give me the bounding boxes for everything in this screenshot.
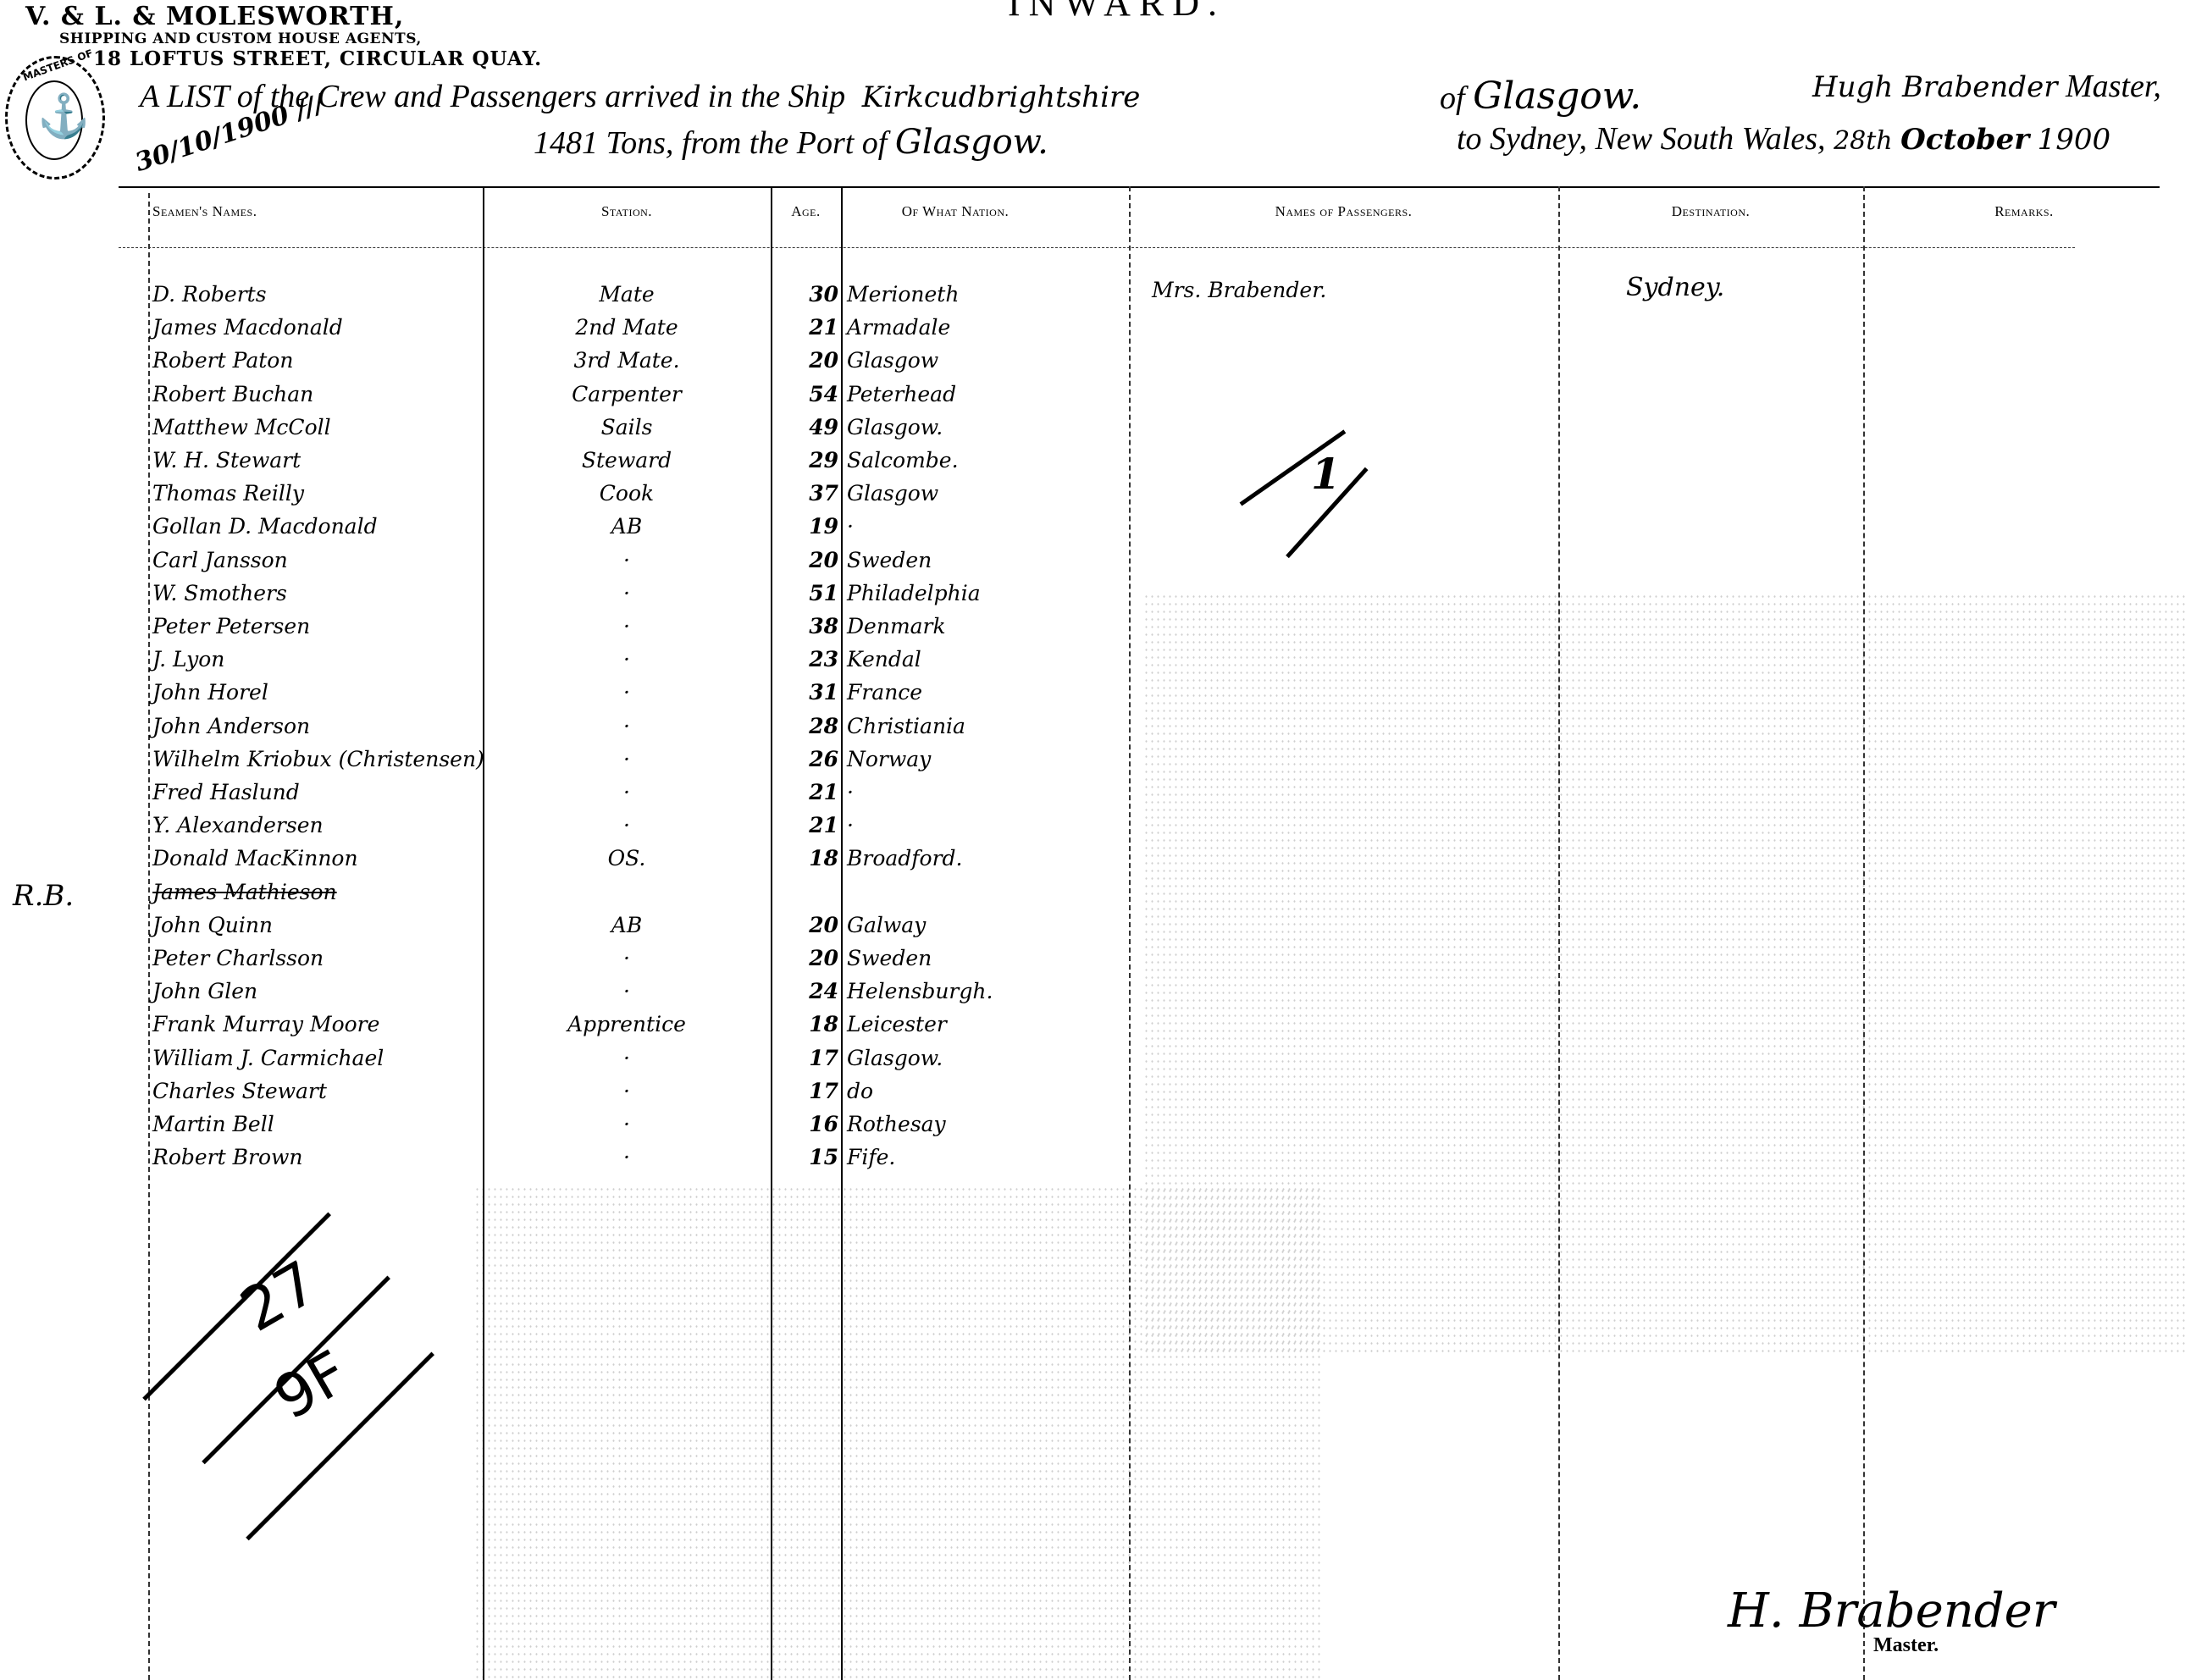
seaman-age: 21 (792, 317, 838, 338)
seaman-station: Mate (542, 284, 711, 305)
seaman-nation: Fife. (847, 1147, 895, 1168)
seaman-station: · (542, 550, 711, 571)
seaman-name: Robert Buchan (152, 384, 313, 405)
seaman-nation: Glasgow (847, 350, 938, 371)
seaman-station: Cook (542, 483, 711, 504)
seaman-name: Frank Murray Moore (152, 1014, 379, 1035)
firm-address: 18 LOFTUS STREET, CIRCULAR QUAY. (93, 47, 542, 70)
arrival-line: to Sydney, New South Wales, 28th October… (1457, 120, 2110, 157)
seaman-station: · (542, 1047, 711, 1069)
seaman-age: 15 (792, 1147, 838, 1168)
master-signature: H. Brabender (1728, 1583, 2055, 1639)
seaman-name: Carl Jansson (152, 550, 288, 571)
seaman-name: Y. Alexandersen (152, 815, 324, 836)
form-heading: INWARD. (1008, 0, 1225, 25)
seaman-age: 54 (792, 384, 838, 405)
seaman-nation: Galway (847, 915, 926, 936)
passenger-destination: Sydney. (1626, 275, 1724, 301)
seaman-name: John Anderson (152, 716, 310, 737)
destination-label: to Sydney, New South Wales, (1457, 121, 1826, 157)
seaman-age: 17 (792, 1080, 838, 1102)
seaman-station: · (542, 716, 711, 737)
seaman-nation: Peterhead (847, 384, 956, 405)
departure-port: Glasgow. (895, 123, 1048, 162)
seaman-name: Peter Petersen (152, 616, 310, 637)
seaman-nation: Norway (847, 749, 931, 770)
seaman-station: · (542, 1147, 711, 1168)
seaman-nation: Helensburgh. (847, 981, 993, 1002)
seaman-age: 20 (792, 915, 838, 936)
header-bottom-rule (119, 247, 2075, 248)
crew-tally-top: 27 (229, 1247, 329, 1346)
seaman-station: 3rd Mate. (542, 350, 711, 371)
seaman-nation: Denmark (847, 616, 946, 637)
seaman-name: John Quinn (152, 915, 273, 936)
signature-label: Master. (1873, 1634, 1939, 1657)
header-nation: Of What Nation. (841, 203, 1070, 220)
seaman-station: Carpenter (542, 384, 711, 405)
ship-tons: 1481 (534, 125, 598, 161)
seaman-name: Wilhelm Kriobux (Christensen) (152, 749, 484, 770)
margin-note: R.B. (13, 881, 74, 910)
seaman-age: 24 (792, 981, 838, 1002)
master-name: Hugh Brabender (1812, 70, 2057, 104)
seaman-age: 20 (792, 550, 838, 571)
seaman-name: Robert Paton (152, 350, 293, 371)
seaman-station: · (542, 815, 711, 836)
seaman-name: J. Lyon (152, 649, 224, 670)
seaman-nation: · (847, 815, 854, 836)
seaman-nation: Glasgow. (847, 1047, 943, 1069)
seaman-nation: Merioneth (847, 284, 959, 305)
passenger-name: Mrs. Brabender. (1152, 279, 1326, 301)
header-seamens-names: Seamen's Names. (152, 203, 305, 220)
seaman-station: AB (542, 915, 711, 936)
seaman-name: Peter Charlsson (152, 948, 324, 969)
seaman-nation: Salcombe. (847, 450, 959, 471)
header-remarks: Remarks. (1863, 203, 2185, 220)
firm-subtitle: SHIPPING AND CUSTOM HOUSE AGENTS, (59, 30, 422, 47)
col-divider (1863, 186, 1865, 1680)
seaman-name: Robert Brown (152, 1147, 303, 1168)
seaman-nation: Sweden (847, 948, 932, 969)
ship-port-line: of Glasgow. (1440, 75, 1641, 118)
seaman-age: 30 (792, 284, 838, 305)
seaman-nation: · (847, 782, 854, 803)
seaman-nation: Broadford. (847, 848, 963, 869)
seaman-nation: France (847, 682, 922, 703)
header-passengers: Names of Passengers. (1129, 203, 1558, 220)
seaman-age: 51 (792, 583, 838, 604)
master-line: Hugh Brabender Master, (1812, 68, 2161, 105)
col-divider (1129, 186, 1131, 1680)
header-destination: Destination. (1558, 203, 1863, 220)
seaman-station: · (542, 749, 711, 770)
seaman-nation: Glasgow (847, 483, 938, 504)
seaman-name: John Glen (152, 981, 257, 1002)
col-divider (841, 186, 843, 1680)
seaman-age: 31 (792, 682, 838, 703)
seaman-name: James Mathieson (152, 881, 337, 903)
seaman-station: · (542, 682, 711, 703)
title-prefix: A LIST of the Crew and Passengers arrive… (140, 79, 845, 114)
seaman-age: 18 (792, 848, 838, 869)
seaman-name: Fred Haslund (152, 782, 300, 803)
seaman-age: 19 (792, 516, 838, 537)
seaman-station: · (542, 649, 711, 670)
anchor-icon: ⚓ (37, 95, 90, 137)
seaman-age: 28 (792, 716, 838, 737)
seaman-name: W. H. Stewart (152, 450, 301, 471)
master-label: Master, (2066, 69, 2161, 104)
ship-name: Kirkcudbrightshire (862, 80, 1141, 114)
seaman-station: Sails (542, 417, 711, 438)
seaman-age: 18 (792, 1014, 838, 1035)
seaman-nation: Sweden (847, 550, 932, 571)
seaman-age: 38 (792, 616, 838, 637)
firm-name: V. & L. & MOLESWORTH, (25, 2, 404, 31)
seaman-age: 17 (792, 1047, 838, 1069)
seaman-name: Matthew McColl (152, 417, 331, 438)
seaman-age: 21 (792, 815, 838, 836)
seaman-station: · (542, 948, 711, 969)
seaman-age: 37 (792, 483, 838, 504)
tons-from-port-label: Tons, from the Port of (606, 125, 888, 161)
seaman-age: 21 (792, 782, 838, 803)
seaman-station: Steward (542, 450, 711, 471)
seaman-station: · (542, 1080, 711, 1102)
seaman-station: Apprentice (542, 1014, 711, 1035)
header-age: Age. (771, 203, 841, 220)
seaman-name: William J. Carmichael (152, 1047, 384, 1069)
seaman-station: · (542, 1114, 711, 1135)
scan-noise (474, 1185, 1321, 1680)
crew-tally-bottom: 9F (263, 1337, 359, 1433)
seaman-station: · (542, 616, 711, 637)
seaman-station: OS. (542, 848, 711, 869)
seaman-nation: Christiania (847, 716, 965, 737)
seaman-nation: Kendal (847, 649, 921, 670)
seaman-name: Martin Bell (152, 1114, 274, 1135)
seaman-station: · (542, 583, 711, 604)
seaman-age: 49 (792, 417, 838, 438)
seaman-nation: Philadelphia (847, 583, 981, 604)
seaman-age: 20 (792, 948, 838, 969)
seaman-name: Thomas Reilly (152, 483, 304, 504)
title-line-2: 1481 Tons, from the Port of Glasgow. (534, 123, 1048, 162)
col-divider (771, 186, 772, 1680)
seaman-nation: Glasgow. (847, 417, 943, 438)
seaman-station: AB (542, 516, 711, 537)
col-divider (1558, 186, 1560, 1680)
seaman-name: John Horel (152, 682, 268, 703)
seaman-station: · (542, 782, 711, 803)
seaman-age: 26 (792, 749, 838, 770)
seaman-age: 23 (792, 649, 838, 670)
seaman-nation: do (847, 1080, 873, 1102)
ship-port: Glasgow. (1473, 75, 1641, 118)
arrival-day: 28th (1834, 126, 1893, 156)
seaman-station: 2nd Mate (542, 317, 711, 338)
title-line-1: A LIST of the Crew and Passengers arrive… (140, 78, 1140, 115)
col-divider (148, 193, 150, 1680)
header-station: Station. (483, 203, 771, 220)
seaman-name: Gollan D. Macdonald (152, 516, 378, 537)
seaman-name: Charles Stewart (152, 1080, 327, 1102)
seaman-name: W. Smothers (152, 583, 287, 604)
seaman-nation: Rothesay (847, 1114, 946, 1135)
seaman-age: 29 (792, 450, 838, 471)
seaman-age: 20 (792, 350, 838, 371)
seaman-nation: · (847, 516, 854, 537)
seaman-nation: Leicester (847, 1014, 947, 1035)
seaman-name: D. Roberts (152, 284, 267, 305)
col-divider (483, 186, 484, 1680)
arrival-month: October (1900, 123, 2029, 157)
seaman-name: Donald MacKinnon (152, 848, 358, 869)
seaman-nation: Armadale (847, 317, 950, 338)
passenger-tally: 1 (1311, 449, 1341, 499)
seaman-name: James Macdonald (152, 317, 343, 338)
table-top-rule (119, 186, 2160, 188)
seaman-station: · (542, 981, 711, 1002)
arrival-year: 1900 (2038, 123, 2111, 157)
seaman-age: 16 (792, 1114, 838, 1135)
of-label: of (1440, 80, 1465, 116)
